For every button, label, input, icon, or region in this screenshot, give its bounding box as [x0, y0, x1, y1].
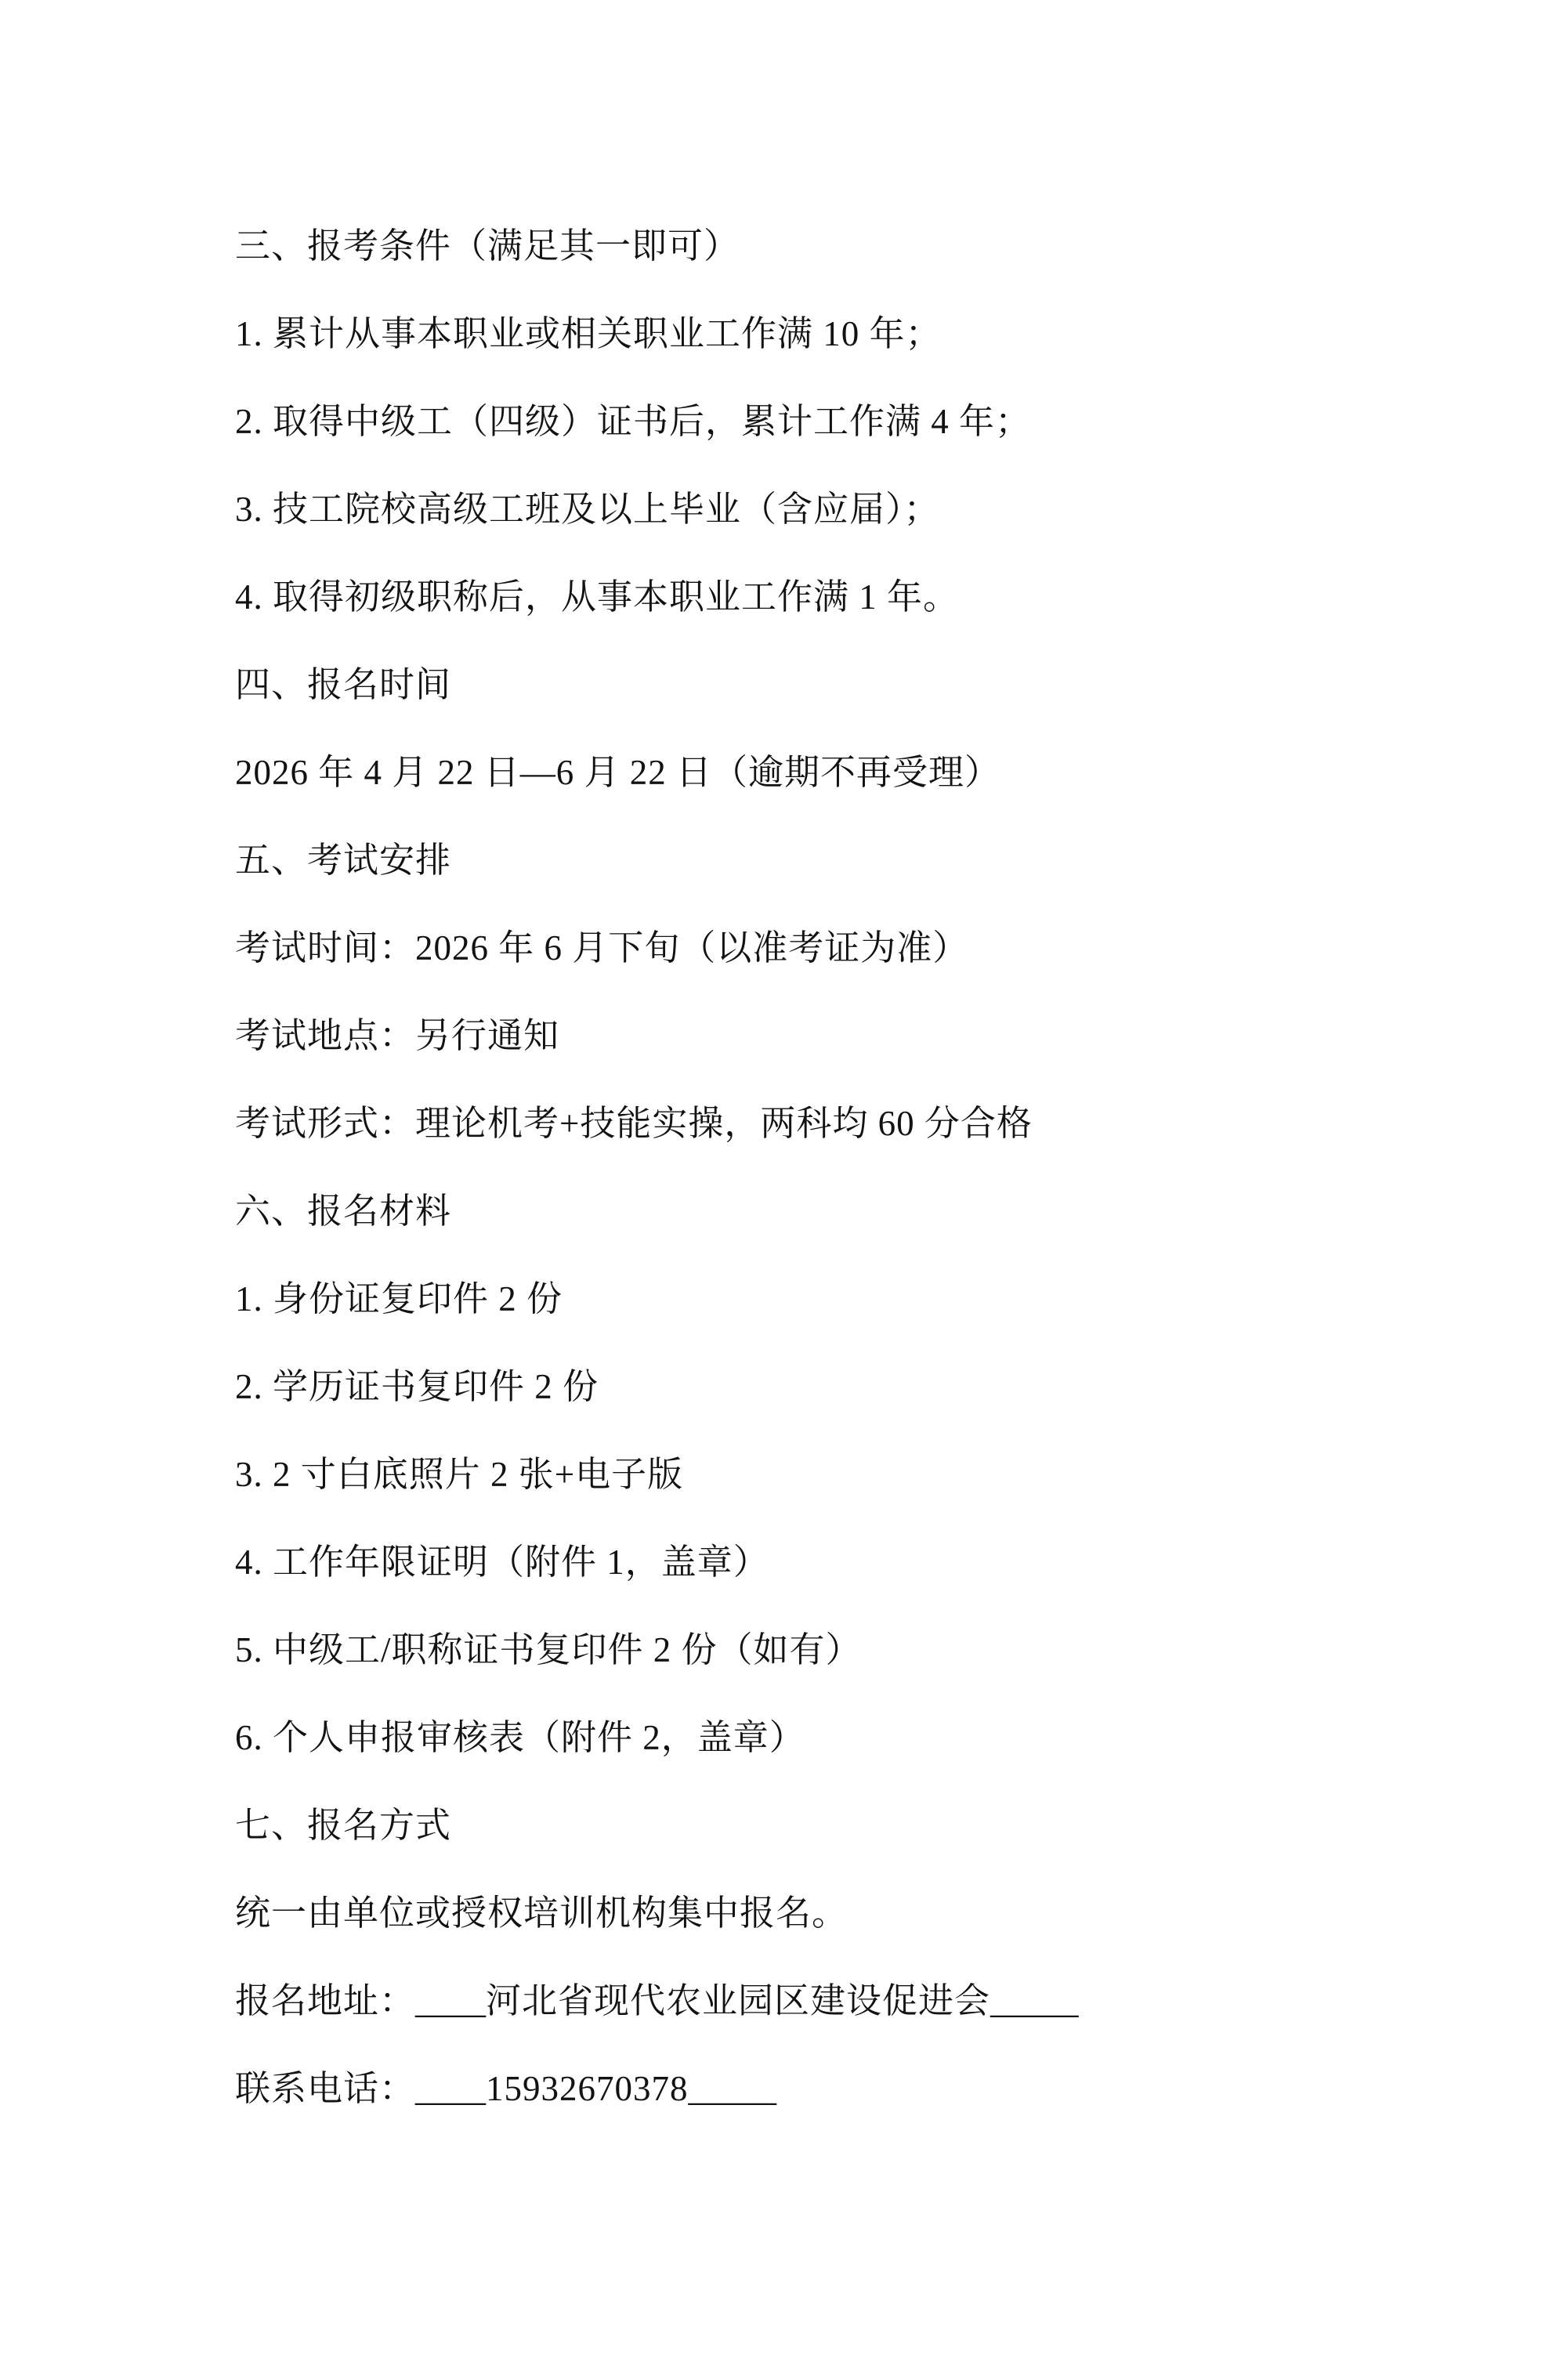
- exam-location-line: 考试地点：另行通知: [235, 1018, 1420, 1054]
- address-label: 报名地址：: [235, 1981, 415, 2020]
- section-4-heading: 四、报名时间: [235, 667, 1420, 703]
- address-value: 河北省现代农业园区建设促进会: [486, 1981, 990, 2020]
- registration-method-text: 统一由单位或授权培训机构集中报名。: [235, 1896, 1420, 1931]
- condition-item-2: 2. 取得中级工（四级）证书后，累计工作满 4 年；: [235, 404, 1420, 439]
- section-5-heading: 五、考试安排: [235, 843, 1420, 878]
- condition-item-1: 1. 累计从事本职业或相关职业工作满 10 年；: [235, 316, 1420, 352]
- phone-label: 联系电话：: [235, 2069, 415, 2108]
- registration-address-line: 报名地址：____河北省现代农业园区建设促进会_____: [235, 1984, 1420, 2019]
- material-item-2: 2. 学历证书复印件 2 份: [235, 1369, 1420, 1405]
- exam-time-line: 考试时间：2026 年 6 月下旬（以准考证为准）: [235, 931, 1420, 966]
- material-item-3: 3. 2 寸白底照片 2 张+电子版: [235, 1457, 1420, 1492]
- address-underline-after: _____: [990, 1981, 1079, 2020]
- material-item-4: 4. 工作年限证明（附件 1，盖章）: [235, 1545, 1420, 1580]
- contact-phone-line: 联系电话：____15932670378_____: [235, 2071, 1420, 2107]
- address-underline-before: ____: [415, 1981, 486, 2020]
- phone-value: 15932670378: [486, 2069, 689, 2108]
- section-3-heading: 三、报考条件（满足其一即可）: [235, 229, 1420, 264]
- condition-item-4: 4. 取得初级职称后，从事本职业工作满 1 年。: [235, 580, 1420, 615]
- condition-item-3: 3. 技工院校高级工班及以上毕业（含应届）；: [235, 492, 1420, 527]
- section-6-heading: 六、报名材料: [235, 1194, 1420, 1229]
- phone-underline-before: ____: [415, 2069, 486, 2108]
- registration-period-text: 2026 年 4 月 22 日—6 月 22 日（逾期不再受理）: [235, 755, 1420, 790]
- material-item-6: 6. 个人申报审核表（附件 2，盖章）: [235, 1720, 1420, 1756]
- material-item-1: 1. 身份证复印件 2 份: [235, 1282, 1420, 1317]
- phone-underline-after: _____: [689, 2069, 777, 2108]
- material-item-5: 5. 中级工/职称证书复印件 2 份（如有）: [235, 1633, 1420, 1668]
- section-7-heading: 七、报名方式: [235, 1808, 1420, 1843]
- exam-format-line: 考试形式：理论机考+技能实操，两科均 60 分合格: [235, 1106, 1420, 1141]
- document-content: 三、报考条件（满足其一即可） 1. 累计从事本职业或相关职业工作满 10 年； …: [235, 229, 1420, 2159]
- document-page: 三、报考条件（满足其一即可） 1. 累计从事本职业或相关职业工作满 10 年； …: [0, 0, 1545, 2380]
